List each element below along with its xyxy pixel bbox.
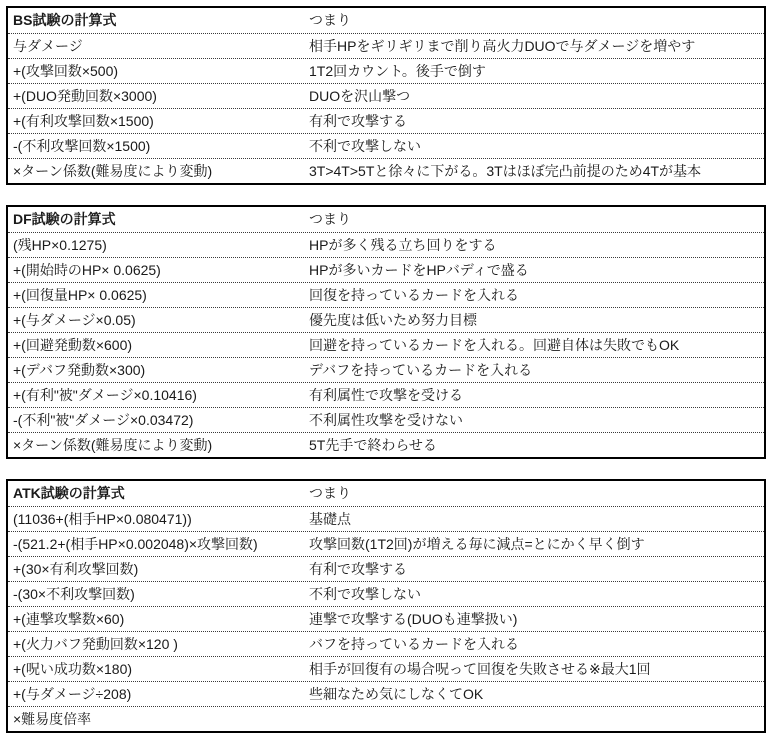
formula-cell: 与ダメージ bbox=[8, 34, 304, 59]
formula-cell: +(30×有利攻撃回数) bbox=[8, 557, 304, 582]
table-row: +(有利"被"ダメージ×0.10416)有利属性で攻撃を受ける bbox=[8, 382, 764, 407]
table-row: +(有利攻撃回数×1500)有利で攻撃する bbox=[8, 108, 764, 133]
table-row: +(回復量HP× 0.0625)回復を持っているカードを入れる bbox=[8, 282, 764, 307]
table-row: +(30×有利攻撃回数)有利で攻撃する bbox=[8, 556, 764, 581]
meaning-cell: 攻撃回数(1T2回)が増える毎に減点=とにかく早く倒す bbox=[304, 532, 764, 557]
formula-cell: (残HP×0.1275) bbox=[8, 233, 304, 258]
formula-cell: +(与ダメージ×0.05) bbox=[8, 308, 304, 333]
table-row: +(火力バフ発動回数×120 )バフを持っているカードを入れる bbox=[8, 631, 764, 656]
bs-trial-table: BS試験の計算式 つまり 与ダメージ相手HPをギリギリまで削り高火力DUOで与ダ… bbox=[6, 6, 766, 185]
meaning-cell: 不利で攻撃しない bbox=[304, 582, 764, 607]
meaning-cell: デバフを持っているカードを入れる bbox=[304, 358, 764, 383]
table-row: 与ダメージ相手HPをギリギリまで削り高火力DUOで与ダメージを増やす bbox=[8, 33, 764, 58]
table-row: +(回避発動数×600)回避を持っているカードを入れる。回避自体は失敗でもOK bbox=[8, 332, 764, 357]
meaning-cell: 1T2回カウント。後手で倒す bbox=[304, 59, 764, 84]
meaning-cell: DUOを沢山撃つ bbox=[304, 84, 764, 109]
meaning-cell: 回復を持っているカードを入れる bbox=[304, 283, 764, 308]
formula-cell: +(デバフ発動数×300) bbox=[8, 358, 304, 383]
formula-cell: +(有利攻撃回数×1500) bbox=[8, 109, 304, 134]
table-row: +(呪い成功数×180)相手が回復有の場合呪って回復を失敗させる※最大1回 bbox=[8, 656, 764, 681]
table-body: (11036+(相手HP×0.080471))基礎点-(521.2+(相手HP×… bbox=[8, 506, 764, 731]
meaning-cell: 不利で攻撃しない bbox=[304, 134, 764, 159]
table-row: +(与ダメージ÷208)些細なため気にしなくてOK bbox=[8, 681, 764, 706]
table-row: -(不利攻撃回数×1500)不利で攻撃しない bbox=[8, 133, 764, 158]
formula-cell: +(回復量HP× 0.0625) bbox=[8, 283, 304, 308]
meaning-cell: 有利属性で攻撃を受ける bbox=[304, 383, 764, 408]
table-row: -(不利"被"ダメージ×0.03472)不利属性攻撃を受けない bbox=[8, 407, 764, 432]
formula-cell: -(不利攻撃回数×1500) bbox=[8, 134, 304, 159]
meaning-cell: 基礎点 bbox=[304, 507, 764, 532]
meaning-cell: HPが多く残る立ち回りをする bbox=[304, 233, 764, 258]
meaning-cell: 些細なため気にしなくてOK bbox=[304, 682, 764, 707]
table-row: (11036+(相手HP×0.080471))基礎点 bbox=[8, 506, 764, 531]
table-row: +(デバフ発動数×300)デバフを持っているカードを入れる bbox=[8, 357, 764, 382]
meaning-cell: 3T>4T>5Tと徐々に下がる。3Tはほぼ完凸前提のため4Tが基本 bbox=[304, 159, 764, 184]
meaning-cell: 連撃で攻撃する(DUOも連撃扱い) bbox=[304, 607, 764, 632]
table-title: ATK試験の計算式 bbox=[8, 481, 304, 506]
formula-cell: ×ターン係数(難易度により変動) bbox=[8, 433, 304, 458]
table-body: 与ダメージ相手HPをギリギリまで削り高火力DUOで与ダメージを増やす+(攻撃回数… bbox=[8, 33, 764, 183]
meaning-cell: 有利で攻撃する bbox=[304, 109, 764, 134]
table-row: +(連撃攻撃数×60)連撃で攻撃する(DUOも連撃扱い) bbox=[8, 606, 764, 631]
table-header-row: ATK試験の計算式 つまり bbox=[8, 481, 764, 506]
df-trial-table: DF試験の計算式 つまり (残HP×0.1275)HPが多く残る立ち回りをする+… bbox=[6, 205, 766, 459]
formula-cell: +(DUO発動回数×3000) bbox=[8, 84, 304, 109]
atk-trial-table: ATK試験の計算式 つまり (11036+(相手HP×0.080471))基礎点… bbox=[6, 479, 766, 733]
meaning-cell: 5T先手で終わらせる bbox=[304, 433, 764, 458]
table-row: -(521.2+(相手HP×0.002048)×攻撃回数)攻撃回数(1T2回)が… bbox=[8, 531, 764, 556]
meaning-cell: HPが多いカードをHPバディで盛る bbox=[304, 258, 764, 283]
formula-cell: ×ターン係数(難易度により変動) bbox=[8, 159, 304, 184]
formula-cell: +(攻撃回数×500) bbox=[8, 59, 304, 84]
formula-cell: -(不利"被"ダメージ×0.03472) bbox=[8, 408, 304, 433]
table-row: ×難易度倍率 bbox=[8, 706, 764, 731]
table-row: (残HP×0.1275)HPが多く残る立ち回りをする bbox=[8, 232, 764, 257]
meaning-cell: 相手HPをギリギリまで削り高火力DUOで与ダメージを増やす bbox=[304, 34, 764, 59]
table-row: ×ターン係数(難易度により変動)3T>4T>5Tと徐々に下がる。3Tはほぼ完凸前… bbox=[8, 158, 764, 183]
formula-cell: +(連撃攻撃数×60) bbox=[8, 607, 304, 632]
meaning-cell: バフを持っているカードを入れる bbox=[304, 632, 764, 657]
formula-cell: (11036+(相手HP×0.080471)) bbox=[8, 507, 304, 532]
formula-cell: -(30×不利攻撃回数) bbox=[8, 582, 304, 607]
meaning-cell: 優先度は低いため努力目標 bbox=[304, 308, 764, 333]
formula-cell: +(開始時のHP× 0.0625) bbox=[8, 258, 304, 283]
meaning-cell: 回避を持っているカードを入れる。回避自体は失敗でもOK bbox=[304, 333, 764, 358]
table-header-row: DF試験の計算式 つまり bbox=[8, 207, 764, 232]
page: BS試験の計算式 つまり 与ダメージ相手HPをギリギリまで削り高火力DUOで与ダ… bbox=[0, 0, 778, 747]
meaning-column-header: つまり bbox=[304, 207, 764, 232]
formula-cell: +(有利"被"ダメージ×0.10416) bbox=[8, 383, 304, 408]
formula-cell: +(回避発動数×600) bbox=[8, 333, 304, 358]
table-row: +(開始時のHP× 0.0625)HPが多いカードをHPバディで盛る bbox=[8, 257, 764, 282]
meaning-cell: 不利属性攻撃を受けない bbox=[304, 408, 764, 433]
meaning-cell: 相手が回復有の場合呪って回復を失敗させる※最大1回 bbox=[304, 657, 764, 682]
table-row: +(DUO発動回数×3000)DUOを沢山撃つ bbox=[8, 83, 764, 108]
formula-cell: -(521.2+(相手HP×0.002048)×攻撃回数) bbox=[8, 532, 304, 557]
table-title: BS試験の計算式 bbox=[8, 8, 304, 33]
table-header-row: BS試験の計算式 つまり bbox=[8, 8, 764, 33]
table-row: +(攻撃回数×500)1T2回カウント。後手で倒す bbox=[8, 58, 764, 83]
meaning-column-header: つまり bbox=[304, 8, 764, 33]
table-row: +(与ダメージ×0.05)優先度は低いため努力目標 bbox=[8, 307, 764, 332]
table-row: -(30×不利攻撃回数)不利で攻撃しない bbox=[8, 581, 764, 606]
formula-cell: ×難易度倍率 bbox=[8, 707, 304, 732]
meaning-column-header: つまり bbox=[304, 481, 764, 506]
table-row: ×ターン係数(難易度により変動)5T先手で終わらせる bbox=[8, 432, 764, 457]
formula-cell: +(与ダメージ÷208) bbox=[8, 682, 304, 707]
meaning-cell: 有利で攻撃する bbox=[304, 557, 764, 582]
table-title: DF試験の計算式 bbox=[8, 207, 304, 232]
formula-cell: +(火力バフ発動回数×120 ) bbox=[8, 632, 304, 657]
table-body: (残HP×0.1275)HPが多く残る立ち回りをする+(開始時のHP× 0.06… bbox=[8, 232, 764, 457]
formula-cell: +(呪い成功数×180) bbox=[8, 657, 304, 682]
